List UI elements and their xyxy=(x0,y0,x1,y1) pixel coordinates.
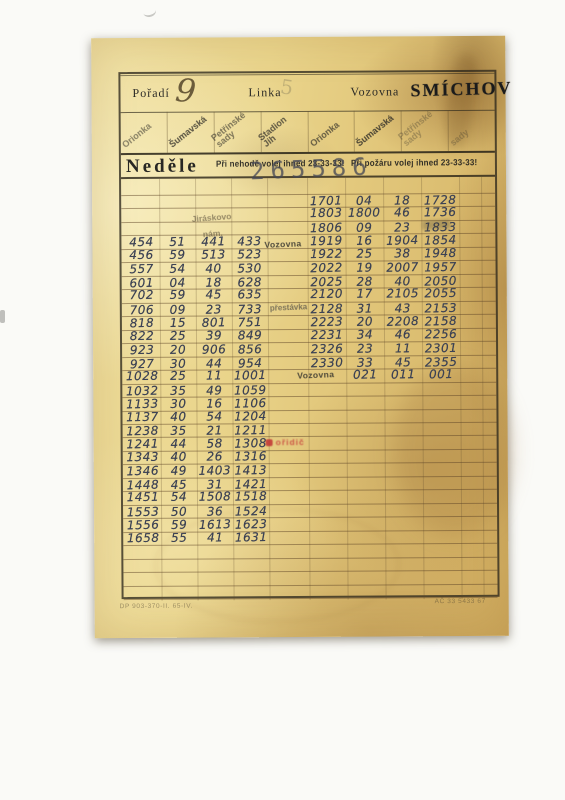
time-cell: 1451 xyxy=(125,490,161,505)
time-cell: 906 xyxy=(196,342,232,357)
scanned-timetable-paper: Pořadí 9 Linka 5 Vozovna SMÍCHOV Orionka… xyxy=(91,36,509,639)
time-cell: 25 xyxy=(160,328,196,343)
red-stamp: ořidič xyxy=(266,437,305,447)
time-cell: 635 xyxy=(232,287,268,302)
pencil-mark xyxy=(142,5,157,19)
time-cell: 40 xyxy=(161,449,197,464)
faded-stamp-smudge xyxy=(422,219,450,230)
time-cell: 38 xyxy=(383,246,421,261)
time-cell: 1001 xyxy=(232,368,268,383)
serial-number-stamp: 265586 xyxy=(249,152,373,185)
stop-name-stamp: Petřínské sady xyxy=(210,111,252,149)
time-cell: 17 xyxy=(346,287,384,302)
poradi-value: 9 xyxy=(174,71,198,111)
vozovna-stamp-1: Vozovna xyxy=(264,238,302,250)
time-cell: 1922 xyxy=(307,246,345,261)
print-code-left: DP 903-370-II. 65-IV. xyxy=(120,603,193,610)
time-cell: 2105 xyxy=(384,286,422,301)
stop-cell: Petřínské sady xyxy=(214,111,261,152)
time-cell: 849 xyxy=(232,328,268,343)
time-cell: 54 xyxy=(161,490,197,505)
scanner-edge-mark xyxy=(0,310,5,323)
time-cell: 2301 xyxy=(422,341,460,356)
time-cell: 39 xyxy=(196,328,232,343)
time-cell: 1403 xyxy=(197,463,233,478)
time-cell: 55 xyxy=(161,530,197,545)
time-cell: 1343 xyxy=(125,450,161,465)
vozovna-label: Vozovna xyxy=(350,84,399,99)
depot-name-stamp: SMÍCHOV xyxy=(410,78,513,102)
time-cell: 523 xyxy=(231,247,267,262)
timetable-grid: 1701041817281803180046173618060923183345… xyxy=(121,177,498,601)
stop-cell: Stadion Jih xyxy=(261,111,308,152)
time-cell: 45 xyxy=(196,288,232,303)
prestavka-stamp: přestávka xyxy=(270,302,308,313)
vozovna-stamp-2: Vozovna xyxy=(297,369,335,381)
time-cell: 001 xyxy=(422,367,460,382)
time-cell: 1631 xyxy=(233,530,269,545)
time-cell: 1028 xyxy=(124,369,160,384)
stop-cell: sady xyxy=(449,110,495,151)
red-stamp-icon xyxy=(266,439,273,446)
poradi-label: Pořadí xyxy=(132,86,169,101)
print-code-right: AČ 33 5433 67 xyxy=(435,598,486,605)
stop-name-stamp: sady xyxy=(449,128,470,147)
time-cell: 1803 xyxy=(307,206,345,221)
stop-cell: Orionka xyxy=(121,112,168,153)
jiraskovo-nam-stamp: Jiráskovo nám. xyxy=(191,208,233,243)
time-cell: 23 xyxy=(346,341,384,356)
time-cell: 46 xyxy=(384,327,422,342)
stop-name-stamp: Šumavská xyxy=(355,114,395,148)
time-cell: 021 xyxy=(346,367,384,382)
time-cell: 54 xyxy=(196,409,232,424)
time-cell: 59 xyxy=(160,288,196,303)
time-cell: 1413 xyxy=(233,463,269,478)
time-cell: 702 xyxy=(124,288,160,303)
time-cell: 2120 xyxy=(308,287,346,302)
linka-value-stamp: 5 xyxy=(279,74,295,100)
time-cell: 11 xyxy=(384,341,422,356)
time-cell: 41 xyxy=(197,530,233,545)
time-cell: 1316 xyxy=(233,449,269,464)
timetable-form: Pořadí 9 Linka 5 Vozovna SMÍCHOV Orionka… xyxy=(118,70,499,599)
time-cell: 856 xyxy=(232,342,268,357)
jiraskovo-line1: Jiráskovo xyxy=(191,211,231,224)
jiraskovo-line2: nám. xyxy=(202,228,223,239)
time-cell: 011 xyxy=(384,367,422,382)
time-cell: 2055 xyxy=(422,286,460,301)
time-cell: 530 xyxy=(231,261,267,276)
time-cell: 34 xyxy=(346,327,384,342)
time-cell: 25 xyxy=(160,369,196,384)
stop-name-stamp: Petřínské sady xyxy=(397,110,439,148)
time-cell: 1518 xyxy=(233,489,269,504)
time-cell: 456 xyxy=(123,248,159,263)
time-cell: 40 xyxy=(195,261,231,276)
time-cell: 20 xyxy=(160,342,196,357)
form-header-row: Pořadí 9 Linka 5 Vozovna SMÍCHOV xyxy=(120,72,494,113)
stop-cell: Šumavská xyxy=(355,110,402,151)
stop-cell: Orionka xyxy=(308,111,355,152)
time-cell: 2022 xyxy=(307,261,345,276)
time-cell: 923 xyxy=(124,343,160,358)
stops-stamp-row: OrionkaŠumavskáPetřínské sadyStadion Jih… xyxy=(121,110,495,155)
time-cell: 2256 xyxy=(422,327,460,342)
scan-canvas: Pořadí 9 Linka 5 Vozovna SMÍCHOV Orionka… xyxy=(0,0,565,800)
time-cell: 1658 xyxy=(125,530,161,545)
time-cell: 11 xyxy=(196,368,232,383)
stop-name-stamp: Šumavská xyxy=(168,115,208,149)
time-cell: 513 xyxy=(195,247,231,262)
time-cell: 46 xyxy=(383,206,421,221)
stop-name-stamp: Stadion Jih xyxy=(257,115,293,148)
time-cell: 1137 xyxy=(124,409,160,424)
time-cell: 1204 xyxy=(232,409,268,424)
day-name: Neděle xyxy=(126,156,199,178)
time-cell: 1508 xyxy=(197,490,233,505)
time-cell: 1957 xyxy=(421,260,459,275)
stop-name-stamp: Orionka xyxy=(121,122,153,149)
time-cell: 54 xyxy=(159,262,195,277)
time-cell: 25 xyxy=(345,246,383,261)
time-cell: 2326 xyxy=(308,342,346,357)
stop-cell: Petřínské sady xyxy=(402,110,449,151)
time-cell: 1346 xyxy=(125,464,161,479)
stop-name-stamp: Orionka xyxy=(308,121,340,148)
time-cell: 1736 xyxy=(421,205,459,220)
time-cell: 2231 xyxy=(308,327,346,342)
time-cell: 557 xyxy=(123,262,159,277)
time-cell: 26 xyxy=(197,449,233,464)
stop-cell: Šumavská xyxy=(167,112,214,153)
red-stamp-text: ořidič xyxy=(276,437,305,447)
time-cell: 2007 xyxy=(383,260,421,275)
time-cell: 822 xyxy=(124,328,160,343)
time-cell: 19 xyxy=(345,261,383,276)
time-cell: 2330 xyxy=(308,355,346,370)
linka-label: Linka xyxy=(248,85,281,100)
time-cell: 40 xyxy=(160,409,196,424)
time-cell: 1800 xyxy=(345,206,383,221)
time-cell: 59 xyxy=(159,247,195,262)
time-cell: 1948 xyxy=(421,246,459,261)
time-cell: 49 xyxy=(161,464,197,479)
